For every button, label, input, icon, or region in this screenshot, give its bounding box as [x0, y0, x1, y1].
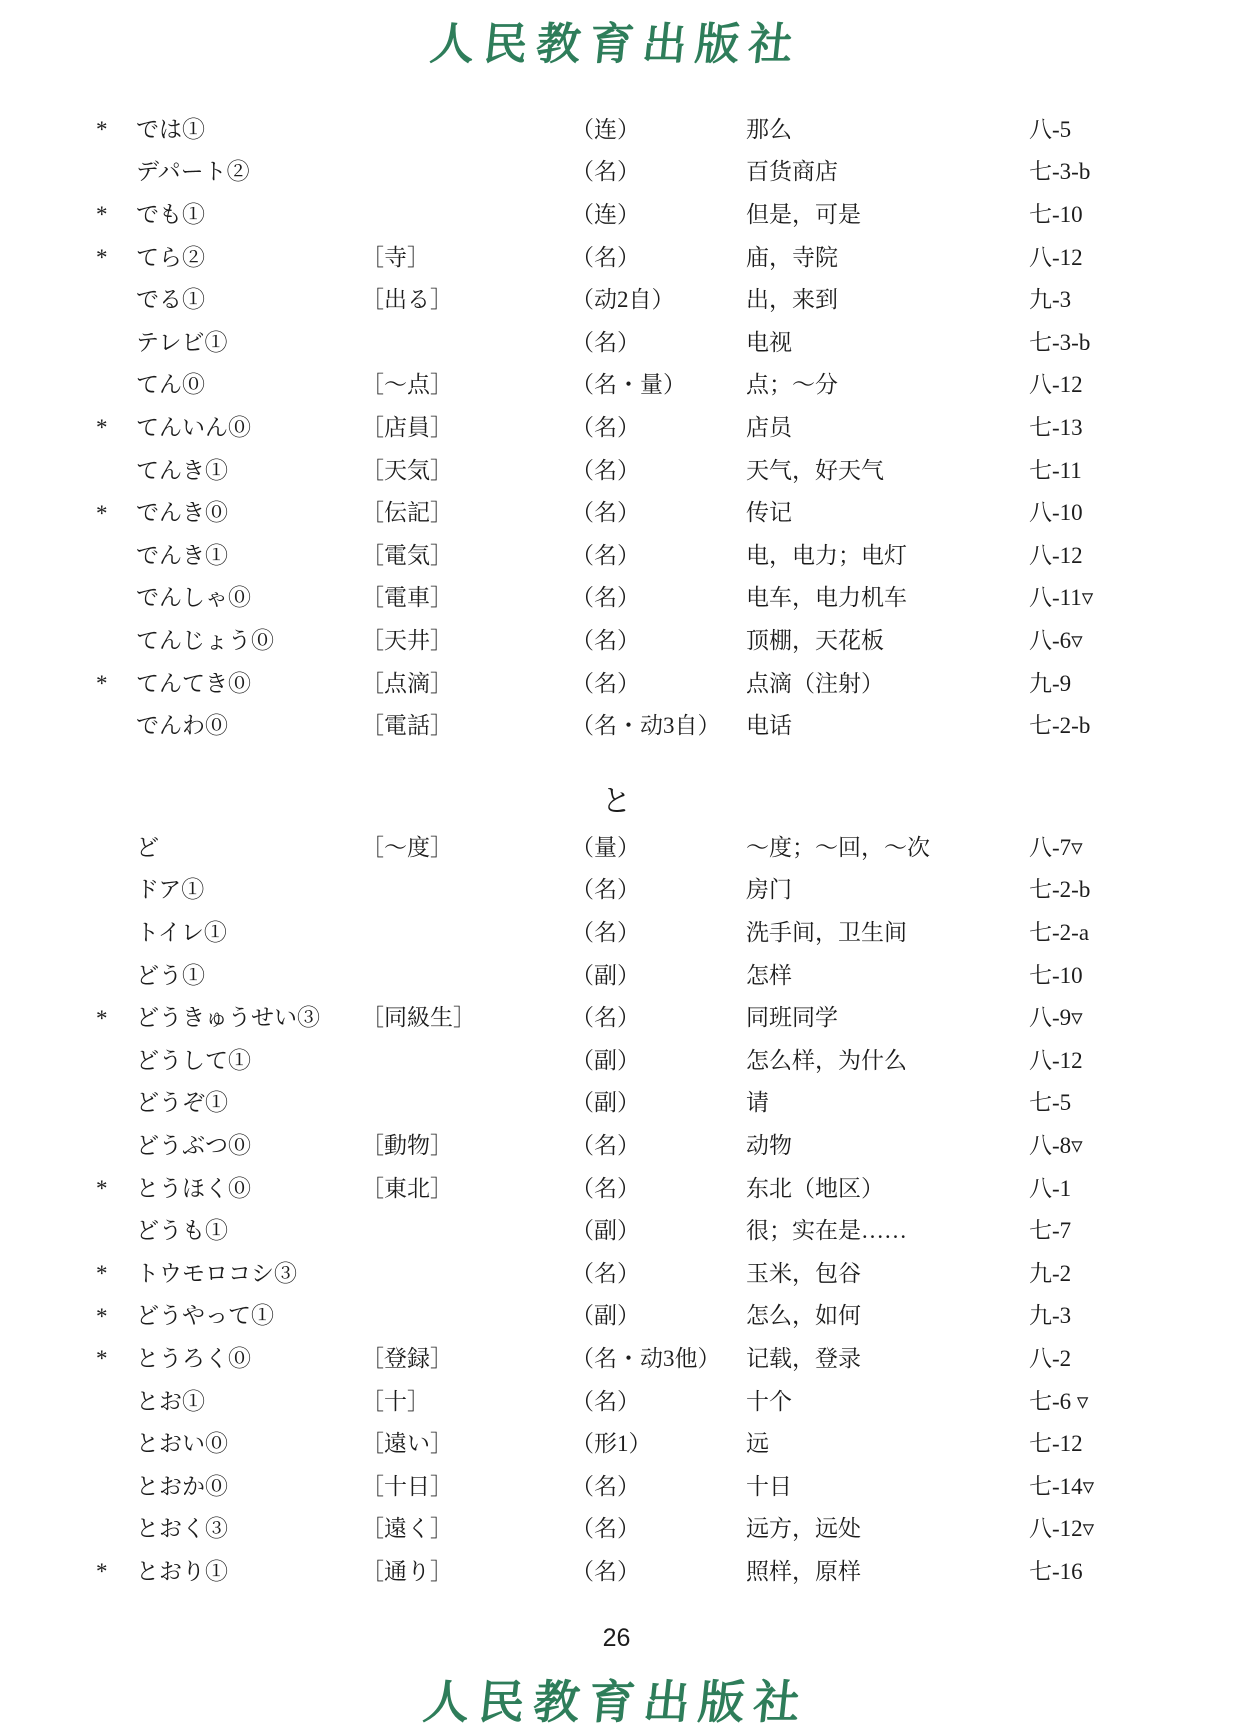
- vocab-row: *では①（连）那么八-5: [0, 106, 1233, 149]
- word-kana: トイレ①: [136, 914, 361, 947]
- part-of-speech: （名・量）: [571, 366, 746, 399]
- word-kanji: ［～度］: [361, 829, 571, 862]
- word-kanji: ［伝記］: [361, 494, 571, 527]
- chinese-meaning: 东北（地区）: [746, 1170, 1029, 1203]
- chinese-meaning: 动物: [746, 1127, 1029, 1160]
- part-of-speech: （副）: [571, 1297, 746, 1330]
- asterisk-marker: *: [96, 671, 136, 697]
- vocab-row: でんき①［電気］（名）电，电力；电灯八-12: [0, 532, 1233, 575]
- vocab-row: どうぞ①（副）请七-5: [0, 1080, 1233, 1123]
- lesson-reference: 七-11: [1029, 452, 1082, 485]
- word-kana: どうやって①: [136, 1297, 361, 1330]
- lesson-reference: 九-3: [1029, 1297, 1071, 1330]
- chinese-meaning: 照样，原样: [746, 1553, 1029, 1586]
- lesson-reference: 八-6▿: [1029, 622, 1083, 655]
- part-of-speech: （名）: [571, 324, 746, 357]
- word-kana: でる①: [136, 281, 361, 314]
- lesson-reference: 八-12: [1029, 366, 1083, 399]
- lesson-reference: 八-11▿: [1029, 579, 1093, 612]
- chinese-meaning: 房门: [746, 871, 1029, 904]
- word-kana: てんき①: [136, 452, 361, 485]
- lesson-reference: 九-3: [1029, 281, 1071, 314]
- vocab-row: てん⓪［～点］（名・量）点；～分八-12: [0, 362, 1233, 405]
- chinese-meaning: 十日: [746, 1468, 1029, 1501]
- vocab-row: ど［～度］（量）～度；～回，～次八-7▿: [0, 824, 1233, 867]
- part-of-speech: （名・动3自）: [571, 707, 746, 740]
- chinese-meaning: 洗手间，卫生间: [746, 914, 1029, 947]
- chinese-meaning: 那么: [746, 111, 1029, 144]
- vocab-row: とおい⓪［遠い］（形1）远七-12: [0, 1420, 1233, 1463]
- publisher-logo-top: 人民教育出版社: [0, 8, 1233, 72]
- chinese-meaning: 记载，登录: [746, 1340, 1029, 1373]
- part-of-speech: （名）: [571, 871, 746, 904]
- word-kanji: ［電気］: [361, 537, 571, 570]
- word-kana: てんいん⓪: [136, 409, 361, 442]
- chinese-meaning: 点；～分: [746, 366, 1029, 399]
- lesson-reference: 八-10: [1029, 494, 1083, 527]
- part-of-speech: （副）: [571, 1042, 746, 1075]
- chinese-meaning: 请: [746, 1084, 1029, 1117]
- word-kana: ドア①: [136, 871, 361, 904]
- chinese-meaning: 点滴（注射）: [746, 665, 1029, 698]
- lesson-reference: 八-9▿: [1029, 999, 1083, 1032]
- part-of-speech: （名）: [571, 665, 746, 698]
- chinese-meaning: 电，电力；电灯: [746, 537, 1029, 570]
- vocab-row: *てんてき⓪［点滴］（名）点滴（注射）九-9: [0, 660, 1233, 703]
- vocab-row: *どうきゅうせい③［同級生］（名）同班同学八-9▿: [0, 994, 1233, 1037]
- lesson-reference: 七-6 ▿: [1029, 1383, 1088, 1416]
- word-kanji: ［遠い］: [361, 1425, 571, 1458]
- word-kana: てんてき⓪: [136, 665, 361, 698]
- vocab-row: テレビ①（名）电视七-3-b: [0, 319, 1233, 362]
- lesson-reference: 八-12: [1029, 1042, 1083, 1075]
- word-kana: どうぶつ⓪: [136, 1127, 361, 1160]
- asterisk-marker: *: [96, 1346, 136, 1372]
- chinese-meaning: 天气，好天气: [746, 452, 1029, 485]
- lesson-reference: 八-12: [1029, 537, 1083, 570]
- word-kana: どうして①: [136, 1042, 361, 1075]
- vocab-row: どうも①（副）很；实在是……七-7: [0, 1207, 1233, 1250]
- vocab-row: でんしゃ⓪［電車］（名）电车，电力机车八-11▿: [0, 575, 1233, 618]
- chinese-meaning: 怎么样，为什么: [746, 1042, 1029, 1075]
- word-kana: とおか⓪: [136, 1468, 361, 1501]
- section-header-to: と: [0, 784, 1233, 820]
- part-of-speech: （名）: [571, 1468, 746, 1501]
- vocab-row: トイレ①（名）洗手间，卫生间七-2-a: [0, 909, 1233, 952]
- lesson-reference: 八-5: [1029, 111, 1071, 144]
- lesson-reference: 八-12: [1029, 239, 1083, 272]
- part-of-speech: （动2自）: [571, 281, 746, 314]
- lesson-reference: 七-10: [1029, 957, 1083, 990]
- chinese-meaning: 庙，寺院: [746, 239, 1029, 272]
- word-kanji: ［点滴］: [361, 665, 571, 698]
- chinese-meaning: 很；实在是……: [746, 1212, 1029, 1245]
- vocab-row: *てんいん⓪［店員］（名）店员七-13: [0, 404, 1233, 447]
- part-of-speech: （名・动3他）: [571, 1340, 746, 1373]
- chinese-meaning: 电车，电力机车: [746, 579, 1029, 612]
- word-kanji: ［十日］: [361, 1468, 571, 1501]
- lesson-reference: 八-2: [1029, 1340, 1071, 1373]
- vocab-row: でる①［出る］（动2自）出，来到九-3: [0, 276, 1233, 319]
- asterisk-marker: *: [96, 501, 136, 527]
- word-kanji: ［電車］: [361, 579, 571, 612]
- part-of-speech: （名）: [571, 537, 746, 570]
- chinese-meaning: ～度；～回，～次: [746, 829, 1029, 862]
- part-of-speech: （副）: [571, 1212, 746, 1245]
- word-kana: どうも①: [136, 1212, 361, 1245]
- word-kanji: ［遠く］: [361, 1510, 571, 1543]
- vocab-row: とお①［十］（名）十个七-6 ▿: [0, 1378, 1233, 1421]
- word-kana: とお①: [136, 1383, 361, 1416]
- vocab-row: *でんき⓪［伝記］（名）传记八-10: [0, 489, 1233, 532]
- word-kanji: ［同級生］: [361, 999, 571, 1032]
- lesson-reference: 七-3-b: [1029, 153, 1090, 186]
- vocab-row: *とうろく⓪［登録］（名・动3他）记载，登录八-2: [0, 1335, 1233, 1378]
- word-kanji: ［登録］: [361, 1340, 571, 1373]
- vocab-row: *トウモロコシ③（名）玉米，包谷九-2: [0, 1250, 1233, 1293]
- part-of-speech: （名）: [571, 1383, 746, 1416]
- asterisk-marker: *: [96, 1176, 136, 1202]
- lesson-reference: 七-2-b: [1029, 707, 1090, 740]
- word-kana: でんしゃ⓪: [136, 579, 361, 612]
- vocab-row: どう①（副）怎样七-10: [0, 952, 1233, 995]
- word-kana: デパート②: [136, 153, 361, 186]
- part-of-speech: （名）: [571, 1553, 746, 1586]
- part-of-speech: （名）: [571, 153, 746, 186]
- word-kanji: ［十］: [361, 1383, 571, 1416]
- chinese-meaning: 十个: [746, 1383, 1029, 1416]
- word-kanji: ［寺］: [361, 239, 571, 272]
- word-kanji: ［天気］: [361, 452, 571, 485]
- vocab-block-to: ど［～度］（量）～度；～回，～次八-7▿ドア①（名）房门七-2-bトイレ①（名）…: [0, 824, 1233, 1591]
- part-of-speech: （名）: [571, 1510, 746, 1543]
- chinese-meaning: 怎么，如何: [746, 1297, 1029, 1330]
- part-of-speech: （名）: [571, 999, 746, 1032]
- word-kana: とおく③: [136, 1510, 361, 1543]
- lesson-reference: 七-16: [1029, 1553, 1083, 1586]
- vocab-row: *とおり①［通り］（名）照样，原样七-16: [0, 1548, 1233, 1591]
- part-of-speech: （副）: [571, 957, 746, 990]
- word-kana: では①: [136, 111, 361, 144]
- glossary-page: 人民教育出版社 *では①（连）那么八-5デパート②（名）百货商店七-3-b*でも…: [0, 0, 1233, 1736]
- publisher-logo-bottom: 人民教育出版社: [0, 1666, 1233, 1732]
- vocab-row: デパート②（名）百货商店七-3-b: [0, 149, 1233, 192]
- lesson-reference: 七-12: [1029, 1425, 1083, 1458]
- chinese-meaning: 店员: [746, 409, 1029, 442]
- vocab-row: てんき①［天気］（名）天气，好天气七-11: [0, 447, 1233, 490]
- lesson-reference: 七-3-b: [1029, 324, 1090, 357]
- lesson-reference: 七-2-b: [1029, 871, 1090, 904]
- lesson-reference: 七-10: [1029, 196, 1083, 229]
- lesson-reference: 七-7: [1029, 1212, 1071, 1245]
- chinese-meaning: 电话: [746, 707, 1029, 740]
- lesson-reference: 九-2: [1029, 1255, 1071, 1288]
- vocab-row: てんじょう⓪［天井］（名）顶棚，天花板八-6▿: [0, 617, 1233, 660]
- word-kanji: ［通り］: [361, 1553, 571, 1586]
- lesson-reference: 八-8▿: [1029, 1127, 1083, 1160]
- asterisk-marker: *: [96, 1006, 136, 1032]
- part-of-speech: （名）: [571, 914, 746, 947]
- chinese-meaning: 怎样: [746, 957, 1029, 990]
- lesson-reference: 八-12▿: [1029, 1510, 1094, 1543]
- word-kana: どうぞ①: [136, 1084, 361, 1117]
- asterisk-marker: *: [96, 415, 136, 441]
- vocab-row: どうぶつ⓪［動物］（名）动物八-8▿: [0, 1122, 1233, 1165]
- chinese-meaning: 远方，远处: [746, 1510, 1029, 1543]
- word-kana: てん⓪: [136, 366, 361, 399]
- vocab-row: *でも①（连）但是，可是七-10: [0, 191, 1233, 234]
- part-of-speech: （连）: [571, 111, 746, 144]
- word-kana: どう①: [136, 957, 361, 990]
- chinese-meaning: 出，来到: [746, 281, 1029, 314]
- vocab-row: とおく③［遠く］（名）远方，远处八-12▿: [0, 1506, 1233, 1549]
- chinese-meaning: 玉米，包谷: [746, 1255, 1029, 1288]
- lesson-reference: 七-13: [1029, 409, 1083, 442]
- vocab-row: *とうほく⓪［東北］（名）东北（地区）八-1: [0, 1165, 1233, 1208]
- word-kanji: ［～点］: [361, 366, 571, 399]
- asterisk-marker: *: [96, 202, 136, 228]
- lesson-reference: 八-1: [1029, 1170, 1071, 1203]
- part-of-speech: （名）: [571, 1170, 746, 1203]
- part-of-speech: （量）: [571, 829, 746, 862]
- word-kana: ど: [136, 829, 361, 862]
- word-kana: とおい⓪: [136, 1425, 361, 1458]
- lesson-reference: 七-5: [1029, 1084, 1071, 1117]
- word-kana: でんわ⓪: [136, 707, 361, 740]
- chinese-meaning: 同班同学: [746, 999, 1029, 1032]
- vocab-row: *どうやって①（副）怎么，如何九-3: [0, 1293, 1233, 1336]
- part-of-speech: （名）: [571, 239, 746, 272]
- vocab-row: とおか⓪［十日］（名）十日七-14▿: [0, 1463, 1233, 1506]
- word-kanji: ［東北］: [361, 1170, 571, 1203]
- word-kana: どうきゅうせい③: [136, 999, 361, 1032]
- part-of-speech: （名）: [571, 622, 746, 655]
- word-kana: てら②: [136, 239, 361, 272]
- vocab-row: どうして①（副）怎么样，为什么八-12: [0, 1037, 1233, 1080]
- word-kana: でも①: [136, 196, 361, 229]
- vocab-row: でんわ⓪［電話］（名・动3自）电话七-2-b: [0, 702, 1233, 745]
- asterisk-marker: *: [96, 1559, 136, 1585]
- word-kanji: ［動物］: [361, 1127, 571, 1160]
- word-kana: でんき⓪: [136, 494, 361, 527]
- vocab-row: ドア①（名）房门七-2-b: [0, 867, 1233, 910]
- chinese-meaning: 百货商店: [746, 153, 1029, 186]
- asterisk-marker: *: [96, 1304, 136, 1330]
- part-of-speech: （名）: [571, 1127, 746, 1160]
- chinese-meaning: 但是，可是: [746, 196, 1029, 229]
- lesson-reference: 八-7▿: [1029, 829, 1083, 862]
- page-number: 26: [0, 1624, 1233, 1653]
- word-kana: テレビ①: [136, 324, 361, 357]
- word-kana: とうほく⓪: [136, 1170, 361, 1203]
- part-of-speech: （名）: [571, 579, 746, 612]
- word-kanji: ［店員］: [361, 409, 571, 442]
- part-of-speech: （副）: [571, 1084, 746, 1117]
- vocab-row: *てら②［寺］（名）庙，寺院八-12: [0, 234, 1233, 277]
- vocab-block-te: *では①（连）那么八-5デパート②（名）百货商店七-3-b*でも①（连）但是，可…: [0, 106, 1233, 745]
- part-of-speech: （名）: [571, 1255, 746, 1288]
- part-of-speech: （名）: [571, 409, 746, 442]
- lesson-reference: 七-14▿: [1029, 1468, 1094, 1501]
- chinese-meaning: 顶棚，天花板: [746, 622, 1029, 655]
- asterisk-marker: *: [96, 117, 136, 143]
- word-kana: とおり①: [136, 1553, 361, 1586]
- part-of-speech: （形1）: [571, 1425, 746, 1458]
- chinese-meaning: 传记: [746, 494, 1029, 527]
- part-of-speech: （名）: [571, 452, 746, 485]
- asterisk-marker: *: [96, 1261, 136, 1287]
- chinese-meaning: 电视: [746, 324, 1029, 357]
- word-kanji: ［天井］: [361, 622, 571, 655]
- part-of-speech: （名）: [571, 494, 746, 527]
- asterisk-marker: *: [96, 245, 136, 271]
- word-kana: でんき①: [136, 537, 361, 570]
- word-kana: トウモロコシ③: [136, 1255, 361, 1288]
- word-kanji: ［電話］: [361, 707, 571, 740]
- lesson-reference: 七-2-a: [1029, 914, 1089, 947]
- word-kana: とうろく⓪: [136, 1340, 361, 1373]
- lesson-reference: 九-9: [1029, 665, 1071, 698]
- word-kana: てんじょう⓪: [136, 622, 361, 655]
- chinese-meaning: 远: [746, 1425, 1029, 1458]
- part-of-speech: （连）: [571, 196, 746, 229]
- word-kanji: ［出る］: [361, 281, 571, 314]
